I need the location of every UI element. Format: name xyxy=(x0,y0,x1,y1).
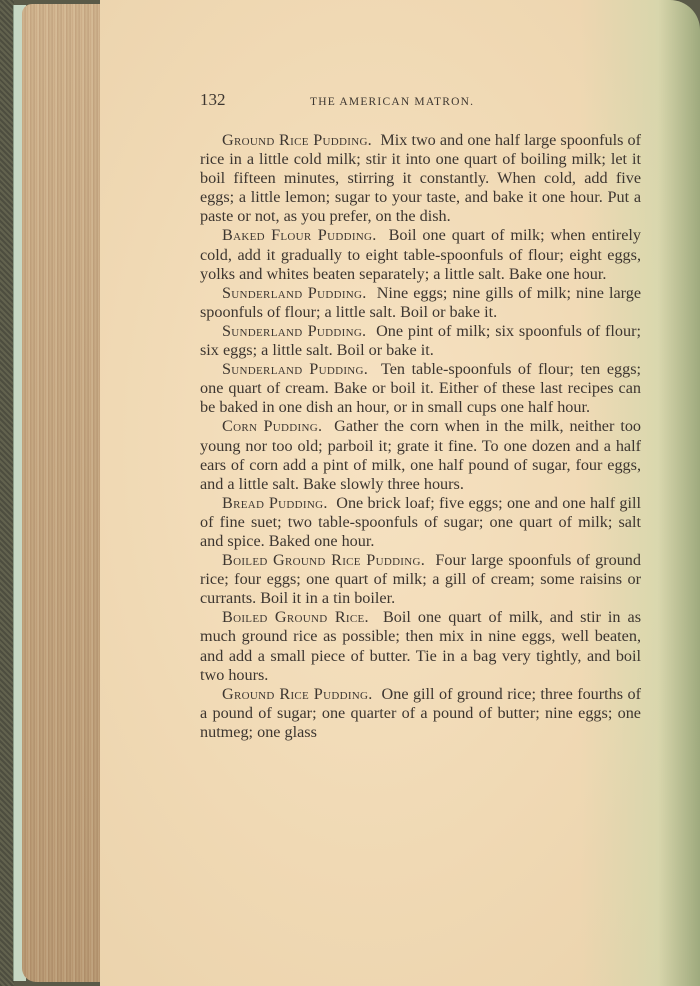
recipe-sunderland-pudding-2: Sunderland Pudding. One pint of milk; si… xyxy=(200,322,641,360)
recipe-bread-pudding: Bread Pudding. One brick loaf; five eggs… xyxy=(200,494,641,551)
recipe-sunderland-pudding-1: Sunderland Pudding. Nine eggs; nine gill… xyxy=(200,284,641,322)
recipe-title: Sunderland Pudding. xyxy=(222,360,368,378)
recipe-title: Corn Pudding. xyxy=(222,417,322,435)
recipe-title: Bread Pudding. xyxy=(222,494,328,512)
page-edges xyxy=(22,4,102,982)
recipe-title: Boiled Ground Rice. xyxy=(222,608,369,626)
recipe-ground-rice-pudding-2: Ground Rice Pudding. One gill of ground … xyxy=(200,685,641,742)
recipe-title: Sunderland Pudding. xyxy=(222,322,366,340)
running-head: THE AMERICAN MATRON. xyxy=(310,96,474,108)
recipe-title: Ground Rice Pudding. xyxy=(222,131,372,149)
recipe-title: Baked Flour Pudding. xyxy=(222,226,377,244)
recipe-sunderland-pudding-3: Sunderland Pudding. Ten table-spoonfuls … xyxy=(200,360,641,417)
recipe-boiled-ground-rice: Boiled Ground Rice. Boil one quart of mi… xyxy=(200,608,641,684)
recipe-title: Ground Rice Pudding. xyxy=(222,685,373,703)
book-cover xyxy=(0,0,14,986)
page-number: 132 xyxy=(200,90,246,110)
recipe-boiled-ground-rice-pudding: Boiled Ground Rice Pudding. Four large s… xyxy=(200,551,641,608)
page-content: 132 THE AMERICAN MATRON. Ground Rice Pud… xyxy=(200,90,641,742)
recipe-ground-rice-pudding: Ground Rice Pudding. Mix two and one hal… xyxy=(200,131,641,226)
recipe-title: Boiled Ground Rice Pudding. xyxy=(222,551,425,569)
recipe-corn-pudding: Corn Pudding. Gather the corn when in th… xyxy=(200,417,641,493)
recipe-title: Sunderland Pudding. xyxy=(222,284,367,302)
page-header: 132 THE AMERICAN MATRON. xyxy=(200,90,641,118)
recipe-baked-flour-pudding: Baked Flour Pudding. Boil one quart of m… xyxy=(200,226,641,283)
book-page: 132 THE AMERICAN MATRON. Ground Rice Pud… xyxy=(100,0,700,986)
recipe-list: Ground Rice Pudding. Mix two and one hal… xyxy=(200,131,641,742)
